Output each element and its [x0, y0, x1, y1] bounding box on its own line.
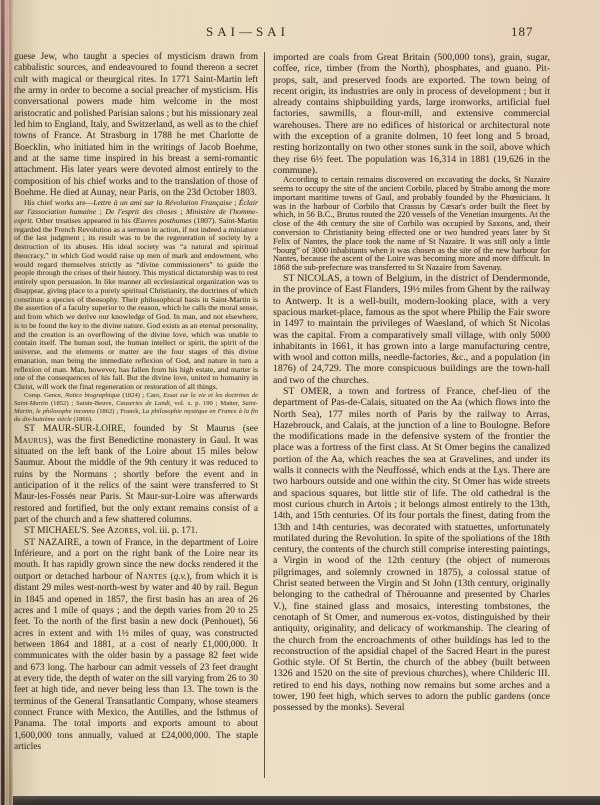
text-segment: (1852) ; Sainte-Beuve,: [48, 400, 116, 407]
text-segment: Œuvres posthumes: [133, 216, 191, 225]
text-segment: De l'esprit des choses: [105, 207, 177, 216]
paragraph: His chief works are—Lettre à un ami sur …: [14, 199, 258, 392]
paragraph: ST MAUR-SUR-LOIRE, founded by St Maurus …: [14, 424, 258, 526]
text-segment: Notice biographique: [65, 392, 120, 399]
page-header: SAI—SAI 187: [0, 24, 600, 44]
text-segment: q.v.: [174, 572, 187, 582]
paragraph: guese Jew, who taught a species of mysti…: [14, 52, 258, 199]
paragraph: ST NICOLAS, a town of Belgium, in the di…: [273, 273, 550, 386]
text-column-right: imported are coals from Great Britain (5…: [273, 52, 550, 778]
scanned-book-page: { "colors": { "paper": "#eadfc4", "ink":…: [0, 0, 600, 805]
text-segment: Comp. Gence,: [24, 392, 65, 399]
text-segment: guese Jew, who taught a species of mysti…: [14, 52, 258, 198]
book-binding-edge: [0, 0, 13, 805]
text-segment: His chief works are—: [24, 198, 93, 207]
text-segment: (1862) ; Franck,: [95, 408, 142, 415]
text-segment: imported are coals from Great Britain (5…: [273, 52, 550, 176]
text-segment: ;: [177, 207, 186, 216]
text-segment: ), from which it is distant 29 miles wes…: [14, 572, 258, 752]
text-segment: vol. x. p. 190 ; Matter,: [172, 400, 243, 407]
paragraph: According to certain remains discovered …: [273, 176, 550, 273]
text-segment: Other treatises appeared in his: [33, 216, 133, 225]
text-segment: (1824) ; Caro,: [120, 392, 163, 399]
text-segment: Causeries de Lundi,: [116, 400, 171, 407]
text-segment: ;: [232, 198, 239, 207]
text-segment: Azores: [107, 526, 138, 536]
text-segment: According to certain remains discovered …: [273, 175, 550, 272]
scan-bottom-edge: [0, 796, 600, 805]
text-block: guese Jew, who taught a species of mysti…: [14, 52, 550, 778]
paragraph: ST NAZAIRE, a town of France, in the dep…: [14, 538, 258, 754]
text-segment: ST NICOLAS, a town of Belgium, in the di…: [273, 273, 550, 386]
paragraph: Comp. Gence, Notice biographique (1824) …: [14, 392, 258, 424]
column-divider-rule: [264, 52, 265, 778]
text-segment: (1866).: [72, 416, 93, 423]
running-title: SAI—SAI: [206, 24, 289, 40]
text-segment: Maurus: [14, 436, 48, 446]
paragraph: ST OMER, a town and fortress of France, …: [273, 386, 550, 714]
text-segment: ST MICHAEL'S. See: [24, 526, 107, 536]
text-segment: Nantes: [136, 572, 167, 582]
text-segment: , vol. iii. p. 171.: [138, 526, 198, 536]
paragraph: imported are coals from Great Britain (5…: [273, 52, 550, 176]
text-segment: ;: [96, 207, 105, 216]
text-segment: ST MAUR-SUR-LOIRE, founded by St Maurus …: [24, 424, 258, 434]
paragraph: ST MICHAEL'S. See Azores, vol. iii. p. 1…: [14, 526, 258, 537]
text-segment: ST OMER, a town and fortress of France, …: [273, 386, 550, 713]
text-column-left: guese Jew, who taught a species of mysti…: [14, 52, 258, 778]
page-number: 187: [511, 24, 534, 40]
text-segment: Lettre à un ami sur la Révolution França…: [93, 198, 232, 207]
text-segment: ), was the first Benedictine monastery i…: [14, 436, 258, 525]
text-segment: (1807). Saint-Martin regarded the French…: [14, 216, 258, 391]
